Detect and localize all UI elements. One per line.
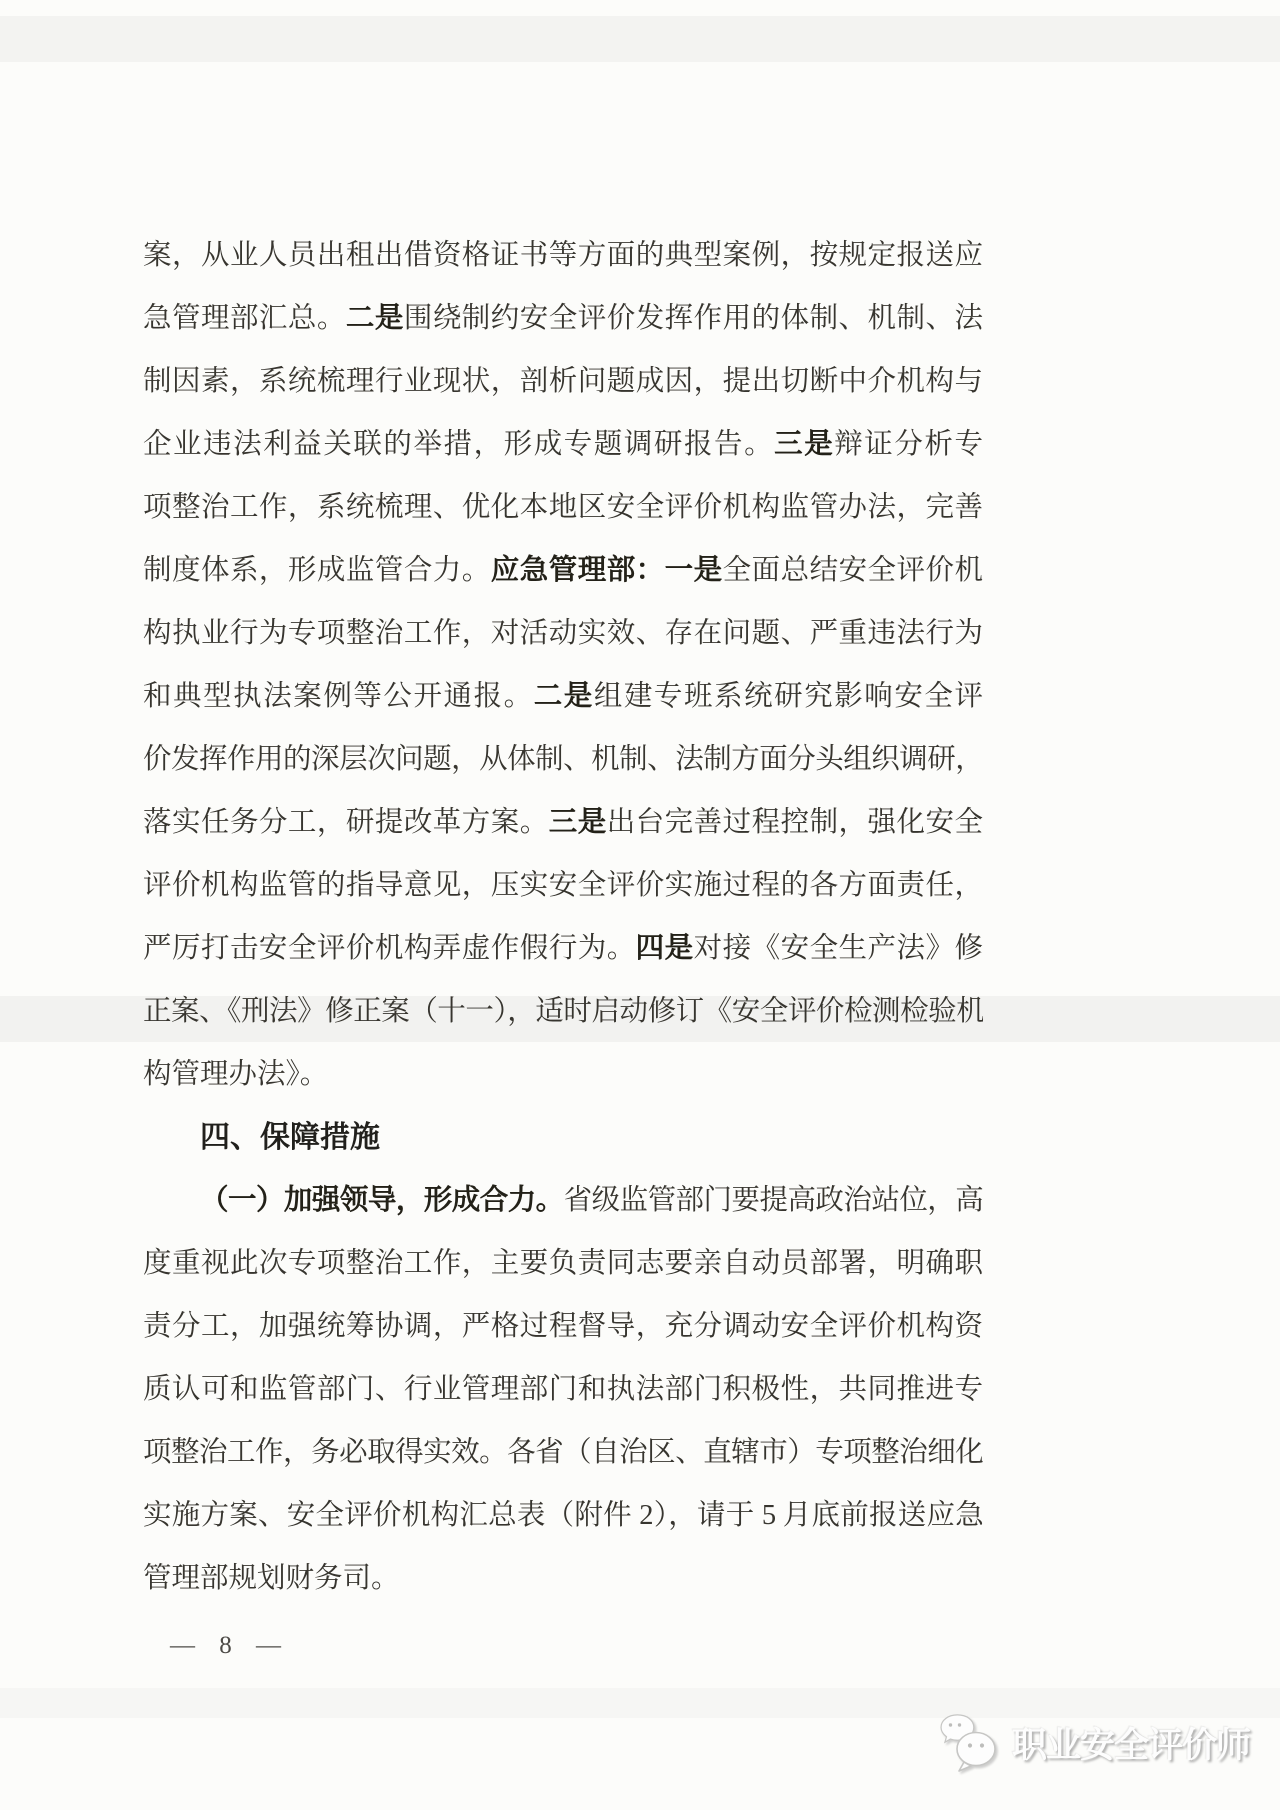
document-line: 制因素，系统梳理行业现状，剖析问题成因，提出切断中介机构与	[143, 350, 983, 413]
document-line: 制度体系，形成监管合力。应急管理部：一是全面总结安全评价机	[143, 539, 983, 602]
document-line: 项整治工作，务必取得实效。各省（自治区、直辖市）专项整治细化	[143, 1421, 983, 1484]
wechat-icon	[938, 1713, 1002, 1773]
document-line: 管理部规划财务司。	[143, 1547, 983, 1610]
document-line: 急管理部汇总。二是围绕制约安全评价发挥作用的体制、机制、法	[143, 287, 983, 350]
watermark: 职业安全评价师	[938, 1700, 1250, 1786]
document-line: 企业违法利益关联的举措，形成专题调研报告。三是辩证分析专	[143, 413, 983, 476]
document-line: 责分工，加强统筹协调，严格过程督导，充分调动安全评价机构资	[143, 1295, 983, 1358]
document-line: 项整治工作，系统梳理、优化本地区安全评价机构监管办法，完善	[143, 476, 983, 539]
document-line: 落实任务分工，研提改革方案。三是出台完善过程控制，强化安全	[143, 791, 983, 854]
section-heading: 四、保障措施	[143, 1106, 983, 1169]
document-line: 严厉打击安全评价机构弄虚作假行为。四是对接《安全生产法》修	[143, 917, 983, 980]
document-line: 价发挥作用的深层次问题，从体制、机制、法制方面分头组织调研，	[143, 728, 983, 791]
document-line: 实施方案、安全评价机构汇总表（附件 2），请于 5 月底前报送应急	[143, 1484, 983, 1547]
document-line: 和典型执法案例等公开通报。二是组建专班系统研究影响安全评	[143, 665, 983, 728]
document-line: 度重视此次专项整治工作，主要负责同志要亲自动员部署，明确职	[143, 1232, 983, 1295]
document-body: 案，从业人员出租出借资格证书等方面的典型案例，按规定报送应 急管理部汇总。二是围…	[143, 224, 983, 1610]
document-line: 构管理办法》。	[143, 1043, 983, 1106]
document-line: 案，从业人员出租出借资格证书等方面的典型案例，按规定报送应	[143, 224, 983, 287]
document-line: 正案、《刑法》修正案（十一），适时启动修订《安全评价检测检验机	[143, 980, 983, 1043]
document-line: 质认可和监管部门、行业管理部门和执法部门积极性，共同推进专	[143, 1358, 983, 1421]
document-line: （一）加强领导，形成合力。省级监管部门要提高政治站位，高	[143, 1169, 983, 1232]
watermark-text: 职业安全评价师	[1012, 1718, 1250, 1768]
scan-artifact-band	[0, 16, 1280, 62]
page-number: — 8 —	[170, 1614, 290, 1677]
document-line: 构执业行为专项整治工作，对活动实效、存在问题、严重违法行为	[143, 602, 983, 665]
document-line: 评价机构监管的指导意见，压实安全评价实施过程的各方面责任，	[143, 854, 983, 917]
